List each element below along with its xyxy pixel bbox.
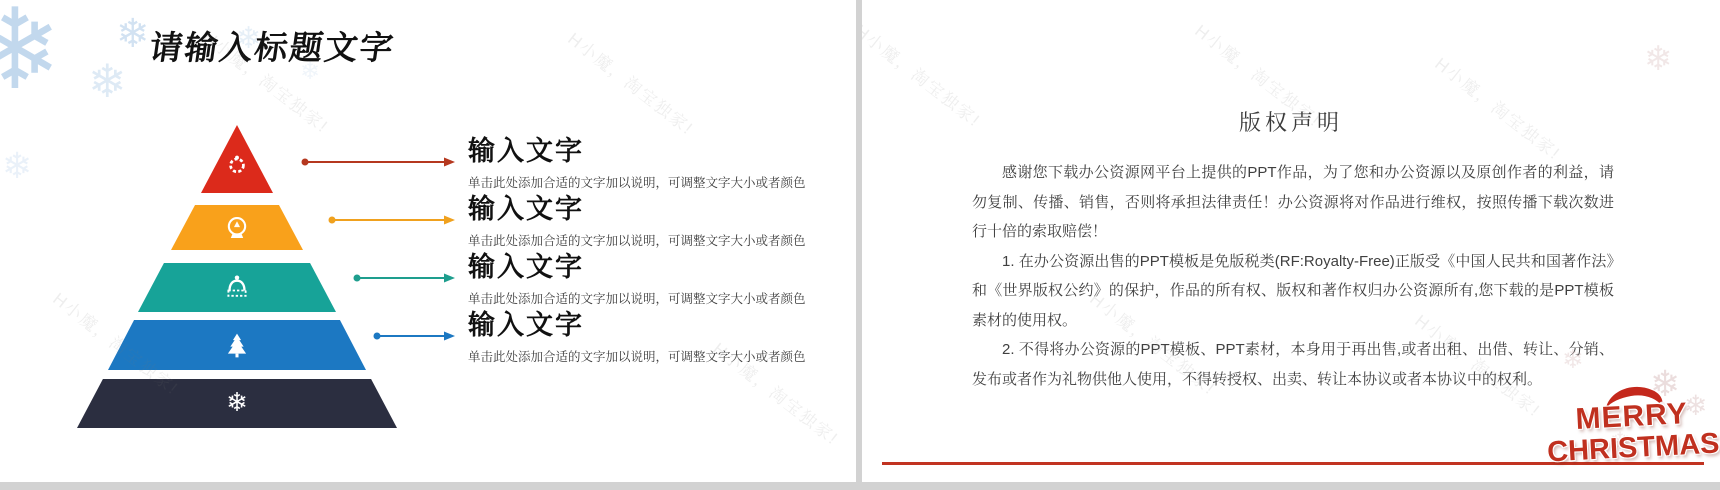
wreath-icon <box>226 153 248 175</box>
item-description: 单击此处添加合适的文字加以说明，可调整文字大小或者颜色 <box>468 292 806 307</box>
arrow-connector-2 <box>327 214 455 226</box>
page-title: 请输入标题文字 <box>147 22 399 69</box>
snow-globe-icon <box>223 214 251 242</box>
copyright-paragraph: 感谢您下载办公资源网平台上提供的PPT作品，为了您和办公资源以及原创作者的利益，… <box>972 158 1614 247</box>
snowflake-decoration-icon: ❄ <box>88 58 127 104</box>
copyright-body: 感谢您下载办公资源网平台上提供的PPT作品，为了您和办公资源以及原创作者的利益，… <box>972 158 1614 394</box>
christmas-tree-icon <box>223 331 251 359</box>
snowflake-decoration-icon: ❄ <box>116 14 150 54</box>
merry-christmas-logo: MERRY CHRISTMAS <box>1539 397 1720 468</box>
arrow-connector-3 <box>352 272 455 284</box>
slide-gap-divider <box>856 0 862 482</box>
snowflake-decoration-icon: ❄ <box>2 148 32 184</box>
slide-right: 版权声明 感谢您下载办公资源网平台上提供的PPT作品，为了您和办公资源以及原创作… <box>862 0 1720 482</box>
item-description: 单击此处添加合适的文字加以说明，可调整文字大小或者颜色 <box>468 350 806 365</box>
item-description: 单击此处添加合适的文字加以说明，可调整文字大小或者颜色 <box>468 176 806 191</box>
item-label: 输入文字 <box>468 310 584 340</box>
page-bottom-band <box>0 482 1720 490</box>
snowflake-decoration-icon: ❄ <box>1644 42 1673 76</box>
item-description: 单击此处添加合适的文字加以说明，可调整文字大小或者颜色 <box>468 234 806 249</box>
copyright-paragraph: 2. 不得将办公资源的PPT模板、PPT素材，本身用于再出售,或者出租、出借、转… <box>972 335 1614 394</box>
item-label: 输入文字 <box>468 194 584 224</box>
snowflake-icon: ❄ <box>223 388 251 416</box>
copyright-paragraph: 1. 在办公资源出售的PPT模板是免版税类(RF:Royalty-Free)正版… <box>972 247 1614 336</box>
snowflake-decoration-icon: ❄ <box>0 0 62 106</box>
item-label: 输入文字 <box>468 252 584 282</box>
beanie-hat-icon <box>223 273 251 301</box>
watermark: H小魔，淘宝独家! <box>564 25 701 140</box>
item-label: 输入文字 <box>468 136 584 166</box>
arrow-connector-4 <box>372 330 455 342</box>
slide-left: ❄ ❄ ❄ ❄ ❄ ❄ 请输入标题文字 ❄ 输入文字 单击 <box>0 0 856 482</box>
arrow-connector-1 <box>300 156 455 168</box>
copyright-title: 版权声明 <box>862 106 1720 137</box>
